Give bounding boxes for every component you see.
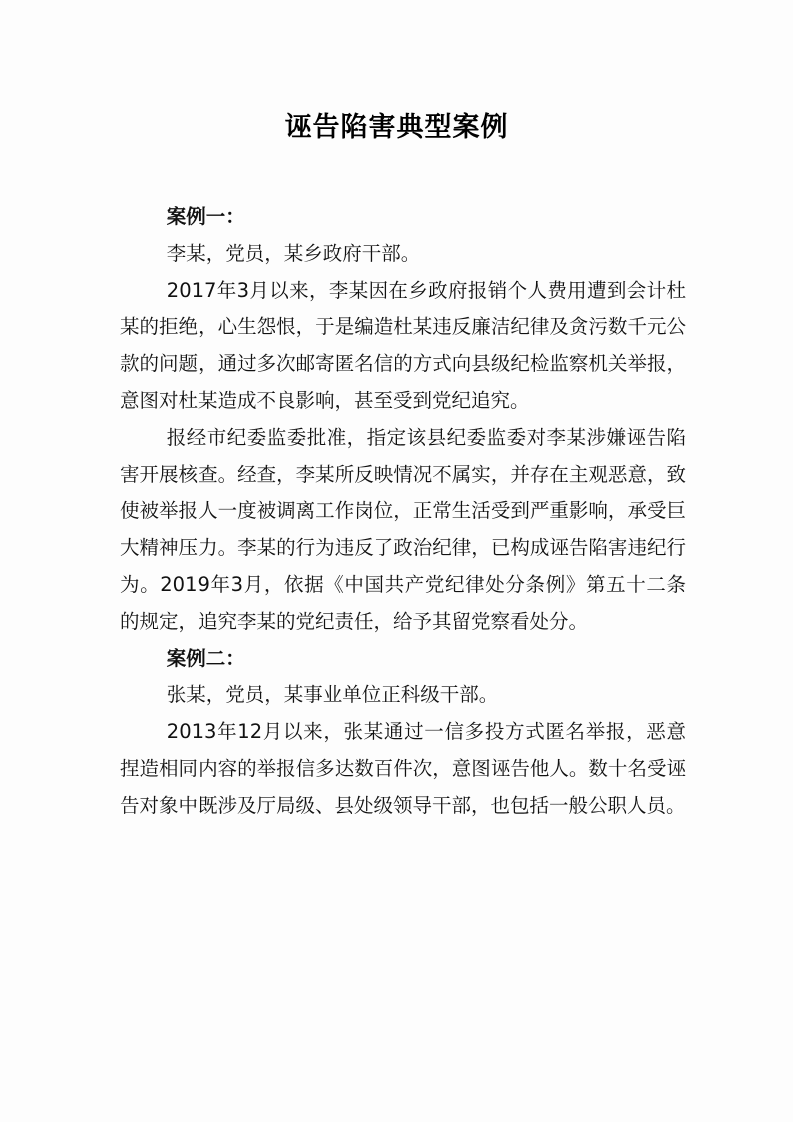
document-title: 诬告陷害典型案例 bbox=[0, 105, 793, 144]
case-two-paragraph: 2013年12月以来，张某通过一信多投方式匿名举报，恶意捏造相同内容的举报信多达… bbox=[120, 714, 686, 824]
document-body: 案例一： 李某，党员，某乡政府干部。 2017年3月以来，李某因在乡政府报销个人… bbox=[120, 199, 686, 825]
case-one-paragraph: 报经市纪委监委批准，指定该县纪委监委对李某涉嫌诬告陷害开展核查。经查，李某所反映… bbox=[120, 420, 686, 641]
case-one-heading: 案例一： bbox=[120, 199, 686, 236]
case-two-paragraph: 张某，党员，某事业单位正科级干部。 bbox=[120, 677, 686, 714]
case-one-paragraph: 2017年3月以来，李某因在乡政府报销个人费用遭到会计杜某的拒绝，心生怨恨，于是… bbox=[120, 273, 686, 420]
case-two-heading: 案例二： bbox=[120, 641, 686, 678]
document-page: 诬告陷害典型案例 案例一： 李某，党员，某乡政府干部。 2017年3月以来，李某… bbox=[0, 0, 793, 1122]
case-one-paragraph: 李某，党员，某乡政府干部。 bbox=[120, 236, 686, 273]
